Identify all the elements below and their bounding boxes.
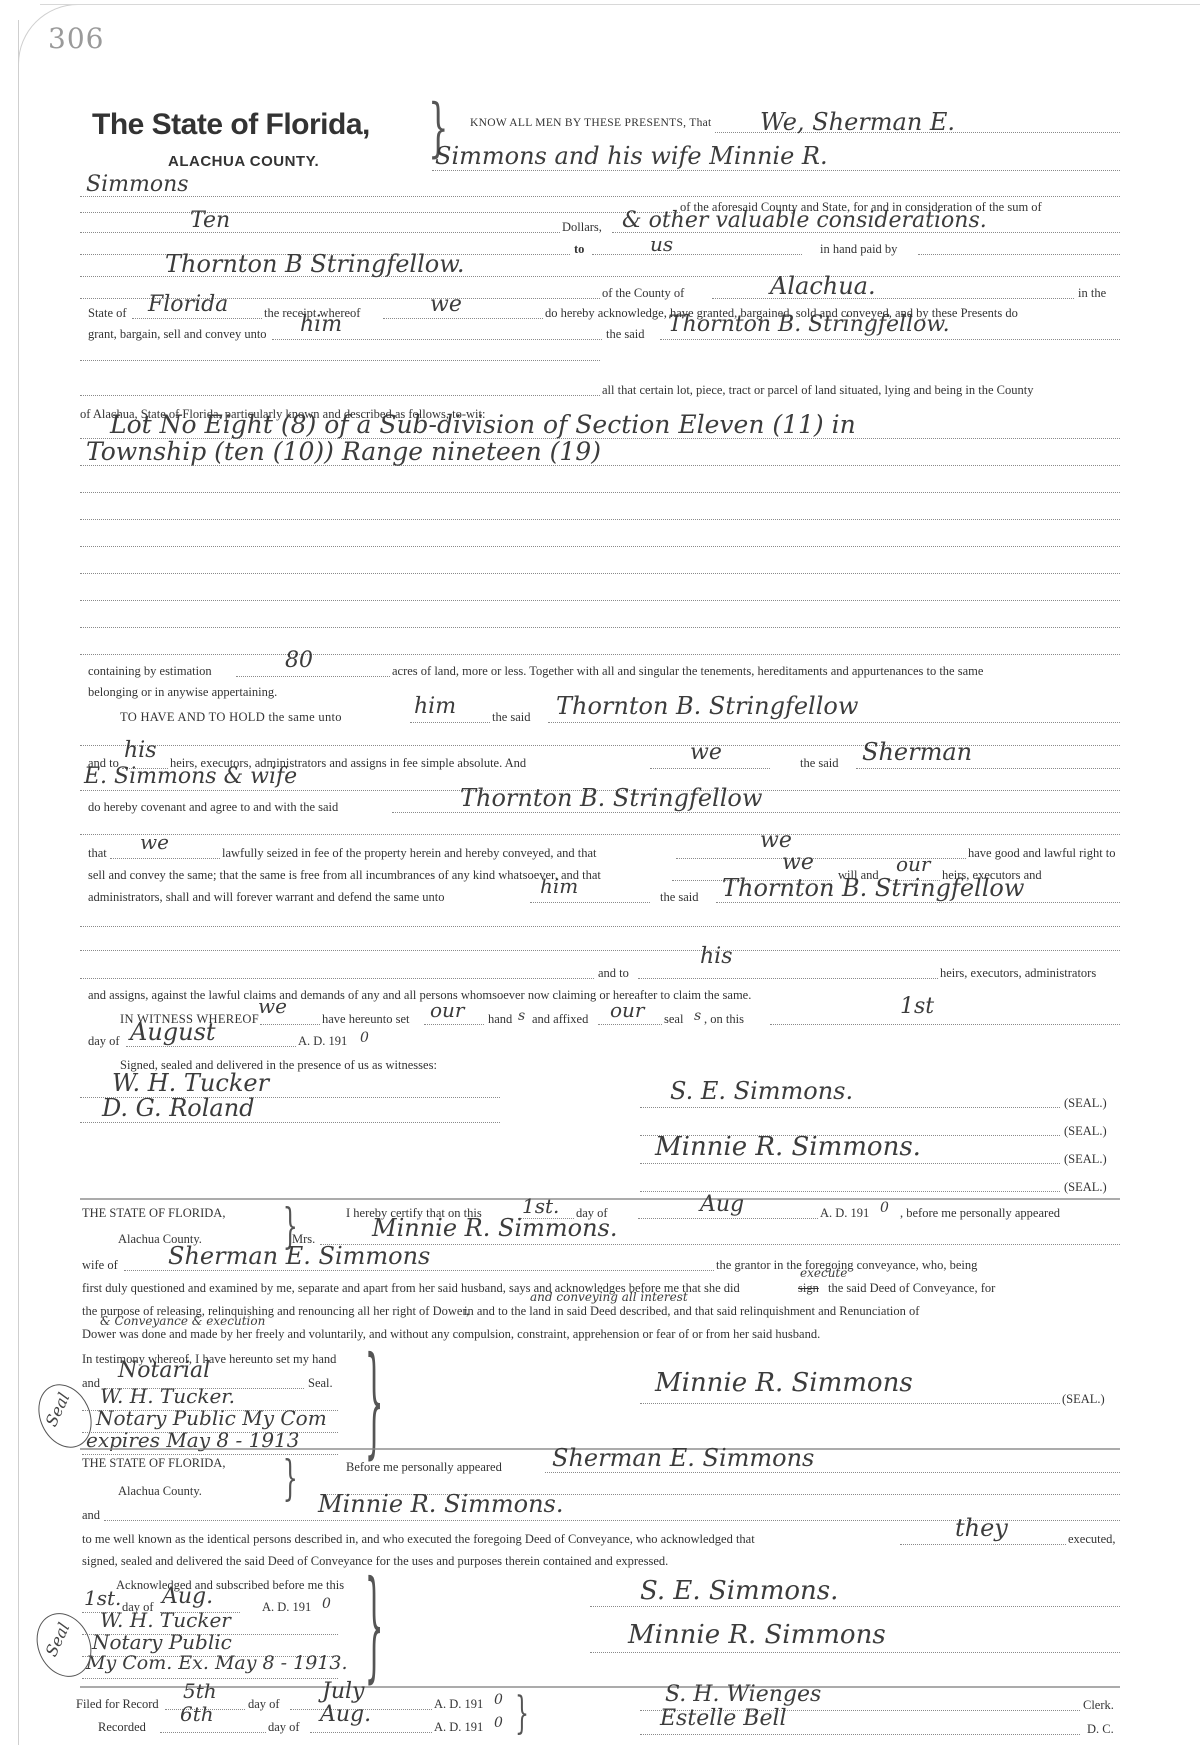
clerk-label: Clerk. xyxy=(1083,1698,1114,1713)
year-suffix: 0 xyxy=(360,1030,369,1046)
recorded-month-line xyxy=(310,1732,432,1733)
the-said-label-4: the said xyxy=(660,890,699,905)
legal-desc-line-8 xyxy=(80,627,1120,628)
struck-word: sign xyxy=(798,1281,819,1296)
day-line xyxy=(770,1024,1120,1025)
and-value: we xyxy=(690,740,722,765)
sum-line xyxy=(80,232,560,233)
ack-sub-text: Acknowledged and subscribed before me th… xyxy=(116,1578,344,1593)
seal-tag-3: (SEAL.) xyxy=(1064,1152,1107,1167)
grantors-name-2: Simmons and his wife Minnie R. xyxy=(435,142,828,170)
seal-tag-2: (SEAL.) xyxy=(1064,1124,1107,1139)
seal-label: seal xyxy=(664,1012,683,1027)
that-line xyxy=(110,858,220,859)
legal-desc-line-4 xyxy=(80,519,1120,520)
witness-line xyxy=(260,1024,320,1025)
day-value: 1st xyxy=(900,994,934,1019)
grant-line xyxy=(272,339,602,340)
seal-label: Seal. xyxy=(308,1376,333,1391)
they-line xyxy=(900,1544,1066,1545)
and-to-2-line xyxy=(638,978,938,979)
recorded-year-suffix: 0 xyxy=(494,1715,503,1731)
wife-of-label: wife of xyxy=(82,1258,118,1273)
in-the-label: in the xyxy=(1078,286,1106,301)
dower-ad-label: A. D. 191 xyxy=(820,1206,869,1221)
filed-day: 5th xyxy=(183,1679,217,1703)
filed-label: Filed for Record xyxy=(76,1697,159,1712)
mrs-value: Minnie R. Simmons. xyxy=(372,1214,617,1242)
dower-text: Dower was done and made by her freely an… xyxy=(82,1327,820,1342)
inserted-interest: and conveying all interest xyxy=(530,1290,688,1304)
said-sherman-cont: E. Simmons & wife xyxy=(84,764,297,789)
section-divider-1 xyxy=(80,1198,1120,1200)
acres-value: 80 xyxy=(285,648,313,673)
ack-state: THE STATE OF FLORIDA, xyxy=(82,1456,225,1471)
that-label: that xyxy=(88,846,107,861)
county-line xyxy=(712,298,1074,299)
county-title: ALACHUA COUNTY. xyxy=(168,153,319,170)
to-have-line xyxy=(410,722,490,723)
affixed-label: and affixed xyxy=(532,1012,588,1027)
said-sherman: Sherman xyxy=(862,738,972,766)
brace-icon: } xyxy=(365,1566,384,1686)
clerk-name: S. H. Wienges xyxy=(665,1682,821,1707)
ad-label: A. D. 191 xyxy=(298,1034,347,1049)
person1: Sherman E. Simmons xyxy=(552,1444,814,1472)
section-divider-3 xyxy=(80,1686,1120,1688)
hereunto-line xyxy=(424,1024,484,1025)
legal-desc-line-5 xyxy=(80,546,1120,547)
legal-description-2: Township (ten (10)) Range nineteen (19) xyxy=(86,437,601,466)
covenant-value: Thornton B. Stringfellow xyxy=(460,784,762,812)
legal-desc-line-9 xyxy=(80,654,1120,655)
deed-conv-text: the said Deed of Conveyance, for xyxy=(828,1281,995,1296)
recorded-day-line xyxy=(160,1732,266,1733)
page-number: 306 xyxy=(48,22,104,55)
acres-line xyxy=(236,676,390,677)
in-hand-paid-by: in hand paid by xyxy=(820,242,897,257)
defend-said-value: Thornton B. Stringfellow xyxy=(722,874,1024,902)
recorded-month: Aug. xyxy=(320,1702,371,1727)
brace-icon: } xyxy=(283,1454,298,1502)
recorded-day: 6th xyxy=(180,1702,214,1726)
grantor-signature-2: Minnie R. Simmons. xyxy=(655,1132,921,1162)
fill-line xyxy=(80,395,600,396)
and-we-line xyxy=(650,768,770,769)
grantors-line-2 xyxy=(432,170,1120,171)
recorded-day-of: day of xyxy=(268,1720,300,1735)
state-of-label: State of xyxy=(88,306,127,321)
filed-month: July xyxy=(322,1679,364,1704)
grantor-sig-line-3 xyxy=(640,1163,1060,1164)
ack-month-value: Aug. xyxy=(162,1584,213,1609)
covenant-label: do hereby covenant and agree to and with… xyxy=(88,800,338,815)
defend-line xyxy=(530,902,650,903)
belonging-text: belonging or in anywise appertaining. xyxy=(88,685,277,700)
grantors-name-1: We, Sherman E. xyxy=(760,108,955,136)
to-label: to xyxy=(574,242,584,257)
state-title: The State of Florida, xyxy=(92,108,370,142)
administrators-text: administrators, shall and will forever w… xyxy=(88,890,444,905)
dollars-label: Dollars, xyxy=(562,220,602,235)
seal-tag-1: (SEAL.) xyxy=(1064,1096,1107,1111)
containing-label: containing by estimation xyxy=(88,664,212,679)
state-line xyxy=(132,318,262,319)
grantor-signature-1: S. E. Simmons. xyxy=(670,1077,853,1105)
sum-words: Ten xyxy=(190,208,230,233)
to-have-value: him xyxy=(414,694,456,719)
ack-signature-2: Minnie R. Simmons xyxy=(628,1620,886,1650)
ack-sig-line-2 xyxy=(590,1652,1120,1653)
ack-county: Alachua County. xyxy=(118,1484,202,1499)
grant-value: him xyxy=(300,312,342,337)
dower-signature: Minnie R. Simmons xyxy=(655,1368,913,1398)
the-said-label: the said xyxy=(606,327,645,342)
purpose-text-2: in and to the land in said Deed describe… xyxy=(464,1304,919,1319)
inserted-conveyance: & Conveyance & execution xyxy=(100,1314,265,1328)
legal-desc-line-3 xyxy=(80,492,1120,493)
dower-sig-line xyxy=(640,1403,1060,1404)
ack-day-value: 1st. xyxy=(84,1586,121,1610)
before-me-text: , before me personally appeared xyxy=(900,1206,1060,1221)
dower-month-value: Aug xyxy=(700,1192,744,1217)
and-to-label-2: and to xyxy=(598,966,629,981)
dc-line xyxy=(640,1734,1080,1735)
witness-value: we xyxy=(258,994,287,1018)
defend-said-line xyxy=(716,902,1120,903)
brace-icon: } xyxy=(515,1692,529,1736)
good-right-text: have good and lawful right to xyxy=(968,846,1116,861)
dower-state: THE STATE OF FLORIDA, xyxy=(82,1206,225,1221)
notarial-value: Notarial xyxy=(118,1358,210,1383)
state-value: Florida xyxy=(148,292,228,317)
grant-said-line xyxy=(660,339,1120,340)
dower-year-suffix: 0 xyxy=(880,1200,889,1216)
recorded-ad: A. D. 191 xyxy=(434,1720,483,1735)
recorded-label: Recorded xyxy=(98,1720,146,1735)
wife-of-value: Sherman E. Simmons xyxy=(168,1242,430,1270)
ack-ad-label: A. D. 191 xyxy=(262,1600,311,1615)
and-label: and xyxy=(82,1376,100,1391)
fill-line xyxy=(80,360,600,361)
fill-line xyxy=(80,834,1120,835)
ack-notary-title: Notary Public xyxy=(92,1630,232,1654)
to-have-said-line xyxy=(548,722,1120,723)
other-consideration: & other valuable considerations. xyxy=(622,208,987,233)
fill-line xyxy=(80,950,1120,951)
grant-said-value: Thornton B. Stringfellow. xyxy=(668,312,950,337)
and-to-value-2: his xyxy=(700,944,733,969)
executed-label: executed, xyxy=(1068,1532,1116,1547)
legal-desc-line-6 xyxy=(80,573,1120,574)
seized-text: lawfully seized in fee of the property h… xyxy=(222,846,597,861)
sell-value: we xyxy=(782,850,814,875)
hand-label: hand xyxy=(488,1012,512,1027)
seal-tag-4: (SEAL.) xyxy=(1064,1180,1107,1195)
ack-signature-1: S. E. Simmons. xyxy=(640,1576,838,1606)
on-this-label: , on this xyxy=(704,1012,744,1027)
fill-line xyxy=(80,926,1120,927)
will-and-value: our xyxy=(896,852,930,876)
dower-seal-tag: (SEAL.) xyxy=(1062,1392,1105,1407)
all-that-certain-text: all that certain lot, piece, tract or pa… xyxy=(602,383,1033,398)
legal-description-1: Lot No Eight (8) of a Sub-division of Se… xyxy=(110,410,856,439)
to-have-said-value: Thornton B. Stringfellow xyxy=(556,692,858,720)
wife-of-line xyxy=(124,1270,714,1271)
paid-by-line xyxy=(918,254,1120,255)
heirs-exec-text-2: heirs, executors, administrators xyxy=(940,966,1096,981)
ack-notary-expiry: My Com. Ex. May 8 - 1913. xyxy=(86,1652,348,1674)
covenant-line xyxy=(392,812,1120,813)
assigns-text: and assigns, against the lawful claims a… xyxy=(88,988,751,1003)
to-have-label: TO HAVE AND TO HOLD the same unto xyxy=(120,710,342,725)
seal-suffix: s xyxy=(694,1008,701,1024)
mrs-line xyxy=(320,1244,1120,1245)
person2: Minnie R. Simmons. xyxy=(318,1490,563,1518)
dower-month-line xyxy=(638,1218,818,1219)
witness-signature-1: W. H. Tucker xyxy=(112,1069,269,1097)
month-value: August xyxy=(130,1018,216,1046)
filed-ad: A. D. 191 xyxy=(434,1697,483,1712)
ack-sig-line-1 xyxy=(590,1606,1120,1607)
filed-year-suffix: 0 xyxy=(494,1692,503,1708)
hereunto-value: our xyxy=(430,998,464,1022)
month-line xyxy=(126,1046,296,1047)
notary-title: Notary Public My Com xyxy=(96,1406,327,1430)
fill-line xyxy=(80,212,680,213)
legal-desc-line-7 xyxy=(80,600,1120,601)
brace-icon: } xyxy=(365,1342,384,1462)
person1-line xyxy=(545,1472,1120,1473)
dc-label: D. C. xyxy=(1087,1722,1114,1737)
notary-line-3 xyxy=(82,1454,338,1455)
affixed-value: our xyxy=(610,998,644,1022)
witness-signature-2: D. G. Roland xyxy=(102,1094,255,1122)
acres-text: acres of land, more or less. Together wi… xyxy=(392,664,983,679)
known-text: to me well known as the identical person… xyxy=(82,1532,755,1547)
receipt-line xyxy=(383,318,543,319)
grantor-sig-line-1 xyxy=(640,1107,1060,1108)
receipt-value: we xyxy=(430,292,462,317)
said-sherman-line xyxy=(856,768,1120,769)
to-value: us xyxy=(650,232,673,256)
and-to-value: his xyxy=(124,738,157,763)
ack-and-label: and xyxy=(82,1508,100,1523)
the-said-label-3: the said xyxy=(800,756,839,771)
defend-value: him xyxy=(540,874,578,898)
page-edge-top xyxy=(40,4,1200,5)
inserted-word: execute xyxy=(800,1266,847,1280)
before-text: Before me personally appeared xyxy=(346,1460,502,1475)
of-county-label: of the County of xyxy=(602,286,684,301)
grantors-name-3: Simmons xyxy=(86,172,189,197)
hereunto-set-label: have hereunto set xyxy=(322,1012,409,1027)
dc-name: Estelle Bell xyxy=(660,1706,787,1731)
day-of-label: day of xyxy=(88,1034,120,1049)
witness-sig-line-2 xyxy=(80,1122,500,1123)
notary-name: W. H. Tucker. xyxy=(100,1384,235,1408)
that-value: we xyxy=(140,830,169,854)
grantors-line-3 xyxy=(80,196,1120,197)
affixed-line xyxy=(598,1024,662,1025)
fill-line xyxy=(80,978,594,979)
sell-convey-text: sell and convey the same; that the same … xyxy=(88,868,601,883)
they-value: they xyxy=(955,1514,1008,1542)
the-said-label-2: the said xyxy=(492,710,531,725)
page-edge-left xyxy=(18,20,19,1745)
grant-label: grant, bargain, sell and convey unto xyxy=(88,327,267,342)
ack-notary-name: W. H. Tucker xyxy=(100,1608,231,1632)
county-value: Alachua. xyxy=(770,272,876,300)
deed-page: 306 The State of Florida, ALACHUA COUNTY… xyxy=(0,0,1200,1745)
ack-year-suffix: 0 xyxy=(322,1596,331,1612)
grantee-name: Thornton B Stringfellow. xyxy=(165,250,465,278)
filed-day-of: day of xyxy=(248,1697,280,1712)
hand-suffix: s xyxy=(518,1008,525,1024)
know-all-men-text: KNOW ALL MEN BY THESE PRESENTS, That xyxy=(470,117,712,129)
to-line xyxy=(592,254,802,255)
